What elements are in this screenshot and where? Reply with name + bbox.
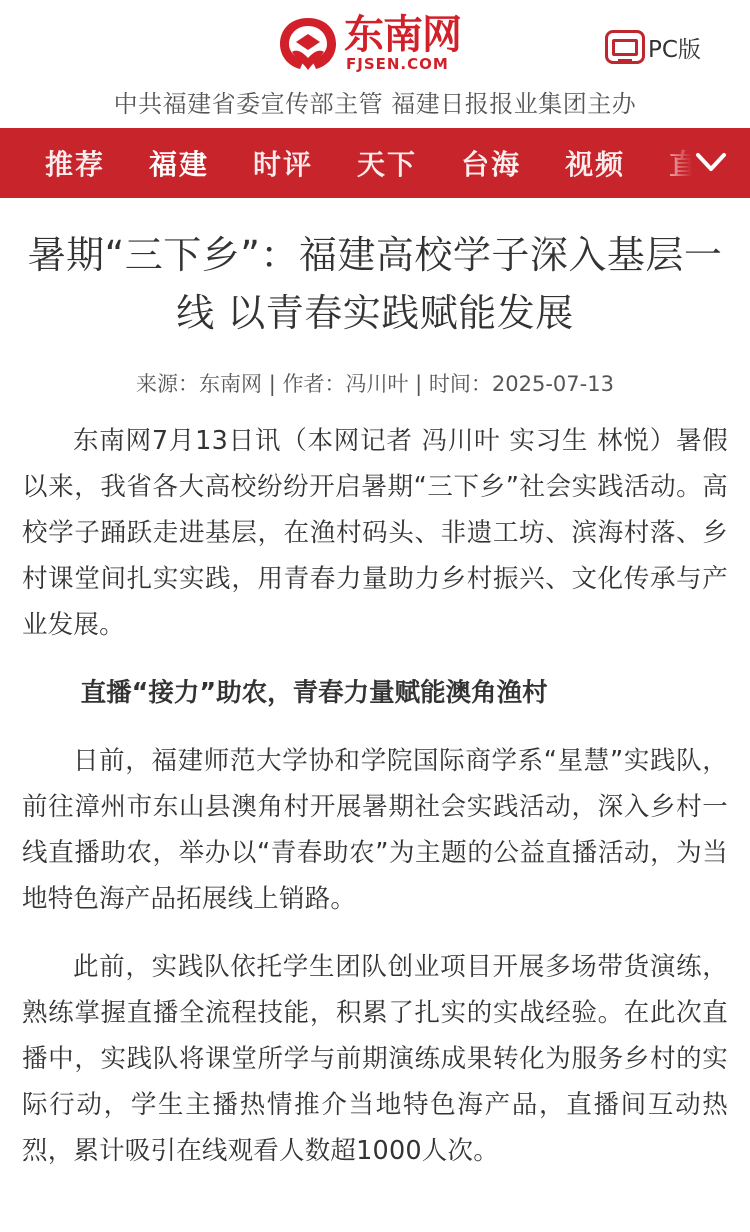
nav-tab-commentary[interactable]: 时评 (253, 143, 313, 183)
meta-separator: | (408, 372, 428, 396)
article-subheading: 直播“接力”助农，青春力量赋能澳角渔村 (22, 670, 728, 716)
meta-separator: | (262, 372, 282, 396)
nav-tab-video[interactable]: 视频 (565, 143, 625, 183)
pc-version-label: PC版 (648, 31, 701, 64)
nav-tab-recommend[interactable]: 推荐 (45, 143, 105, 183)
source-label: 来源： (136, 372, 199, 396)
site-logo[interactable]: 东南网 FJSEN.COM (276, 14, 461, 76)
author-label: 作者： (282, 372, 345, 396)
nav-tab-fujian[interactable]: 福建 (149, 143, 209, 183)
logo-chinese-name: 东南网 (344, 14, 461, 56)
article-paragraph: 日前，福建师范大学协和学院国际商学系“星慧”实践队，前往漳州市东山县澳角村开展暑… (22, 738, 728, 922)
time-label: 时间： (429, 372, 492, 396)
article: 暑期“三下乡”：福建高校学子深入基层一线 以青春实践赋能发展 来源：东南网 | … (0, 226, 750, 1174)
article-paragraph-lead: 东南网7月13日讯（本网记者 冯川叶 实习生 林悦）暑假以来，我省各大高校纷纷开… (22, 418, 728, 648)
nav-tab-taiwan-strait[interactable]: 台海 (461, 143, 521, 183)
fjsen-logo-icon (276, 14, 340, 72)
nav-tab-world[interactable]: 天下 (357, 143, 417, 183)
author-value: 冯川叶 (345, 372, 408, 396)
article-meta: 来源：东南网 | 作者：冯川叶 | 时间：2025-07-13 (22, 368, 728, 398)
pc-version-link[interactable]: PC版 (605, 30, 701, 64)
logo-domain: FJSEN.COM (346, 56, 461, 72)
chevron-down-icon[interactable] (694, 147, 728, 177)
article-paragraph: 此前，实践队依托学生团队创业项目开展多场带货演练，熟练掌握直播全流程技能，积累了… (22, 944, 728, 1174)
site-header: 东南网 FJSEN.COM PC版 中共福建省委宣传部主管 福建日报报业集团主办 (0, 0, 750, 128)
channel-nav: 推荐 福建 时评 天下 台海 视频 直播 (0, 128, 750, 198)
source-value: 东南网 (199, 372, 262, 396)
time-value: 2025-07-13 (492, 372, 614, 396)
sponsor-line: 中共福建省委宣传部主管 福建日报报业集团主办 (0, 84, 750, 119)
article-title: 暑期“三下乡”：福建高校学子深入基层一线 以青春实践赋能发展 (22, 226, 728, 342)
monitor-icon (605, 30, 645, 64)
